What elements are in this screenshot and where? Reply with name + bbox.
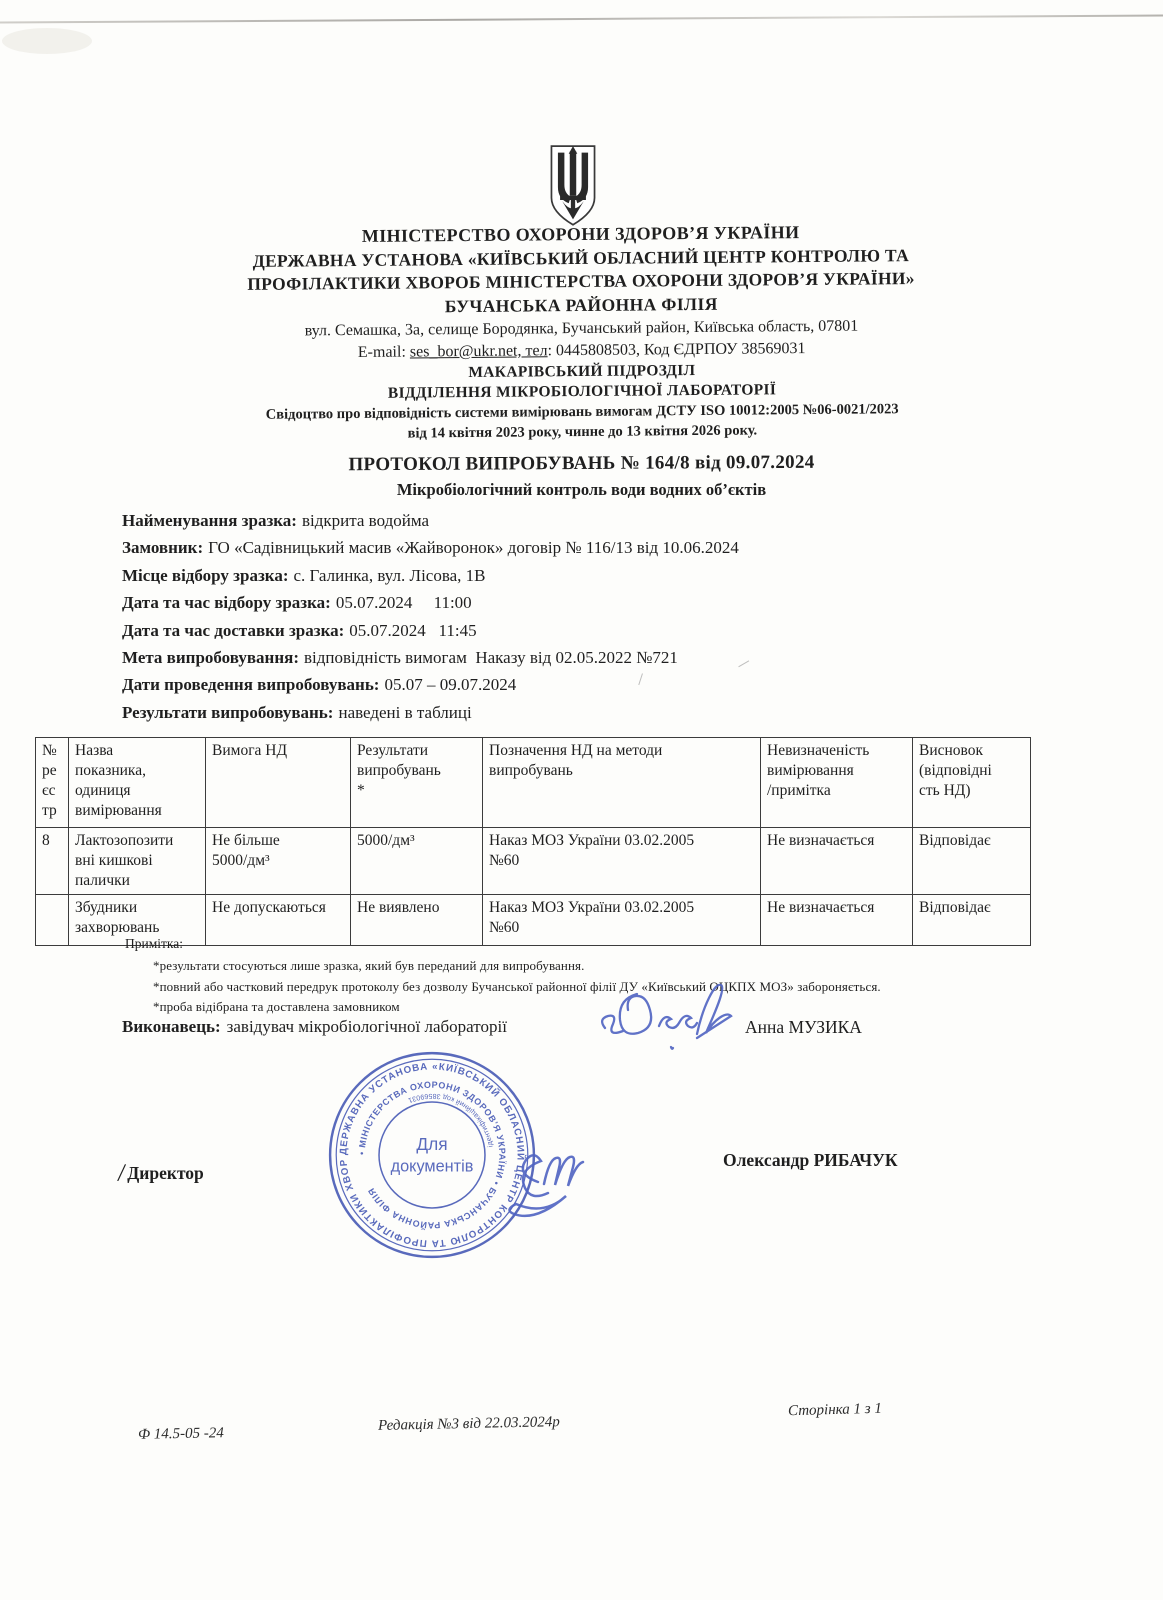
letterhead: МІНІСТЕРСТВО ОХОРОНИ ЗДОРОВ’Я УКРАЇНИ ДЕ… (0, 217, 1163, 447)
col-header-uncertainty: Невизначеність вимірювання /примітка (761, 738, 913, 828)
col-header-indicator-name: Назва показника, одиниця вимірювання (69, 738, 206, 828)
col-header-test-results: Результати випробувань * (351, 738, 483, 828)
handwritten-slash-mark: / (116, 1158, 126, 1189)
table-row: 8 Лактозопозити вні кишкові палички Не б… (36, 828, 1031, 895)
footer-revision: Редакція №3 від 22.03.2024р (378, 1414, 560, 1435)
field-test-dates: Дати проведення випробовувань:05.07 – 09… (122, 671, 1072, 698)
field-label: Мета випробовування: (122, 648, 299, 667)
field-delivery-datetime: Дата та час доставки зразка:05.07.2024 1… (122, 617, 1072, 644)
stamp-center-line2: документів (391, 1157, 474, 1175)
field-value: наведені в таблиці (338, 703, 471, 722)
director-signature (498, 1122, 633, 1227)
field-value: відкрита водойма (302, 511, 429, 530)
field-label: Найменування зразка: (122, 511, 297, 530)
executor-signature (597, 976, 747, 1056)
table-header-row: № ре єс тр Назва показника, одиниця вимі… (36, 738, 1031, 828)
footer-page-number: Сторінка 1 з 1 (788, 1401, 882, 1421)
ukraine-trident-emblem (545, 144, 601, 228)
field-value: 05.07.2024 11:00 (336, 593, 472, 612)
cell-nd-method: Наказ МОЗ України 03.02.2005 №60 (483, 895, 761, 946)
field-sample-name: Найменування зразка:відкрита водойма (122, 507, 1072, 534)
scan-artifact-line (0, 14, 1163, 23)
cell-uncertainty: Не визначається (761, 828, 913, 895)
notes-title: Примітка: (125, 936, 183, 952)
field-test-purpose: Мета випробовування:відповідність вимога… (122, 644, 1072, 671)
executor-role: завідувач мікробіологічної лабораторії (227, 1017, 507, 1036)
cell-reg-number (36, 895, 69, 946)
notes-list: *результати стосуються лише зразка, який… (153, 956, 881, 1018)
director-label: Директор (127, 1163, 204, 1183)
cell-nd-requirement: Не допускаються (206, 895, 351, 946)
executor-name: Анна МУЗИКА (745, 1017, 862, 1038)
cell-test-result: Не виявлено (351, 895, 483, 946)
cell-indicator-name: Лактозопозити вні кишкові палички (69, 828, 206, 895)
cell-nd-method: Наказ МОЗ України 03.02.2005 №60 (483, 828, 761, 895)
table-row: Збудники захворювань Не допускаються Не … (36, 895, 1031, 946)
cell-uncertainty: Не визначається (761, 895, 913, 946)
field-sampling-place: Місце відбору зразка:с. Галинка, вул. Лі… (122, 562, 1072, 589)
note-item: *проба відібрана та доставлена замовнико… (153, 997, 881, 1018)
executor-label: Виконавець: (122, 1017, 221, 1036)
col-header-conclusion: Висновок (відповідні сть НД) (913, 738, 1031, 828)
cell-test-result: 5000/дм³ (351, 828, 483, 895)
field-label: Місце відбору зразка: (122, 566, 288, 585)
cell-conclusion: Відповідає (913, 828, 1031, 895)
cell-conclusion: Відповідає (913, 895, 1031, 946)
director-name: Олександр РИБАЧУК (723, 1150, 898, 1171)
email-label: E-mail: (358, 343, 410, 360)
field-value: 05.07.2024 11:45 (349, 621, 476, 640)
field-value: відповідність вимогам Наказу від 02.05.2… (304, 648, 678, 667)
field-label: Замовник: (122, 538, 203, 557)
results-table: № ре єс тр Назва показника, одиниця вимі… (35, 737, 1031, 946)
field-value: 05.07 – 09.07.2024 (384, 675, 516, 694)
footer-form-code: Ф 14.5-05 -24 (138, 1425, 224, 1443)
field-label: Дата та час відбору зразка: (122, 593, 331, 612)
note-item: *результати стосуються лише зразка, який… (153, 956, 881, 977)
col-header-nd-methods: Позначення НД на методи випробувань (483, 738, 761, 828)
protocol-title: ПРОТОКОЛ ВИПРОБУВАНЬ № 164/8 від 09.07.2… (0, 450, 1163, 478)
stamp-center-line1: Для (416, 1134, 447, 1154)
contact-tail: : 0445808503, Код ЄДРПОУ 38569031 (547, 340, 805, 359)
field-customer: Замовник:ГО «Садівницький масив «Жайворо… (122, 534, 1072, 561)
cell-nd-requirement: Не більше 5000/дм³ (206, 828, 351, 895)
field-label: Дати проведення випробовувань: (122, 675, 379, 694)
field-value: с. Галинка, вул. Лісова, 1В (293, 566, 485, 585)
field-label: Дата та час доставки зразка: (122, 621, 344, 640)
field-sampling-datetime: Дата та час відбору зразка:05.07.2024 11… (122, 589, 1072, 616)
field-label: Результати випробовувань: (122, 703, 333, 722)
protocol-subtitle: Мікробіологічний контроль води водних об… (0, 480, 1163, 500)
director-line: /Директор (118, 1158, 204, 1188)
sample-info-block: Найменування зразка:відкрита водойма Зам… (122, 507, 1072, 726)
email-link[interactable]: ses_bor@ukr.net, тел (410, 342, 548, 360)
col-header-reg-number: № ре єс тр (36, 738, 69, 828)
document-page: МІНІСТЕРСТВО ОХОРОНИ ЗДОРОВ’Я УКРАЇНИ ДЕ… (0, 0, 1163, 1600)
note-item: *повний або частковий передрук протоколу… (153, 977, 881, 998)
col-header-nd-requirement: Вимога НД (206, 738, 351, 828)
cell-reg-number: 8 (36, 828, 69, 895)
scan-smudge (2, 28, 92, 54)
executor-line: Виконавець:завідувач мікробіологічної ла… (122, 1017, 507, 1037)
field-test-results: Результати випробовувань:наведені в табл… (122, 699, 1072, 726)
field-value: ГО «Садівницький масив «Жайворонок» дого… (208, 538, 739, 557)
